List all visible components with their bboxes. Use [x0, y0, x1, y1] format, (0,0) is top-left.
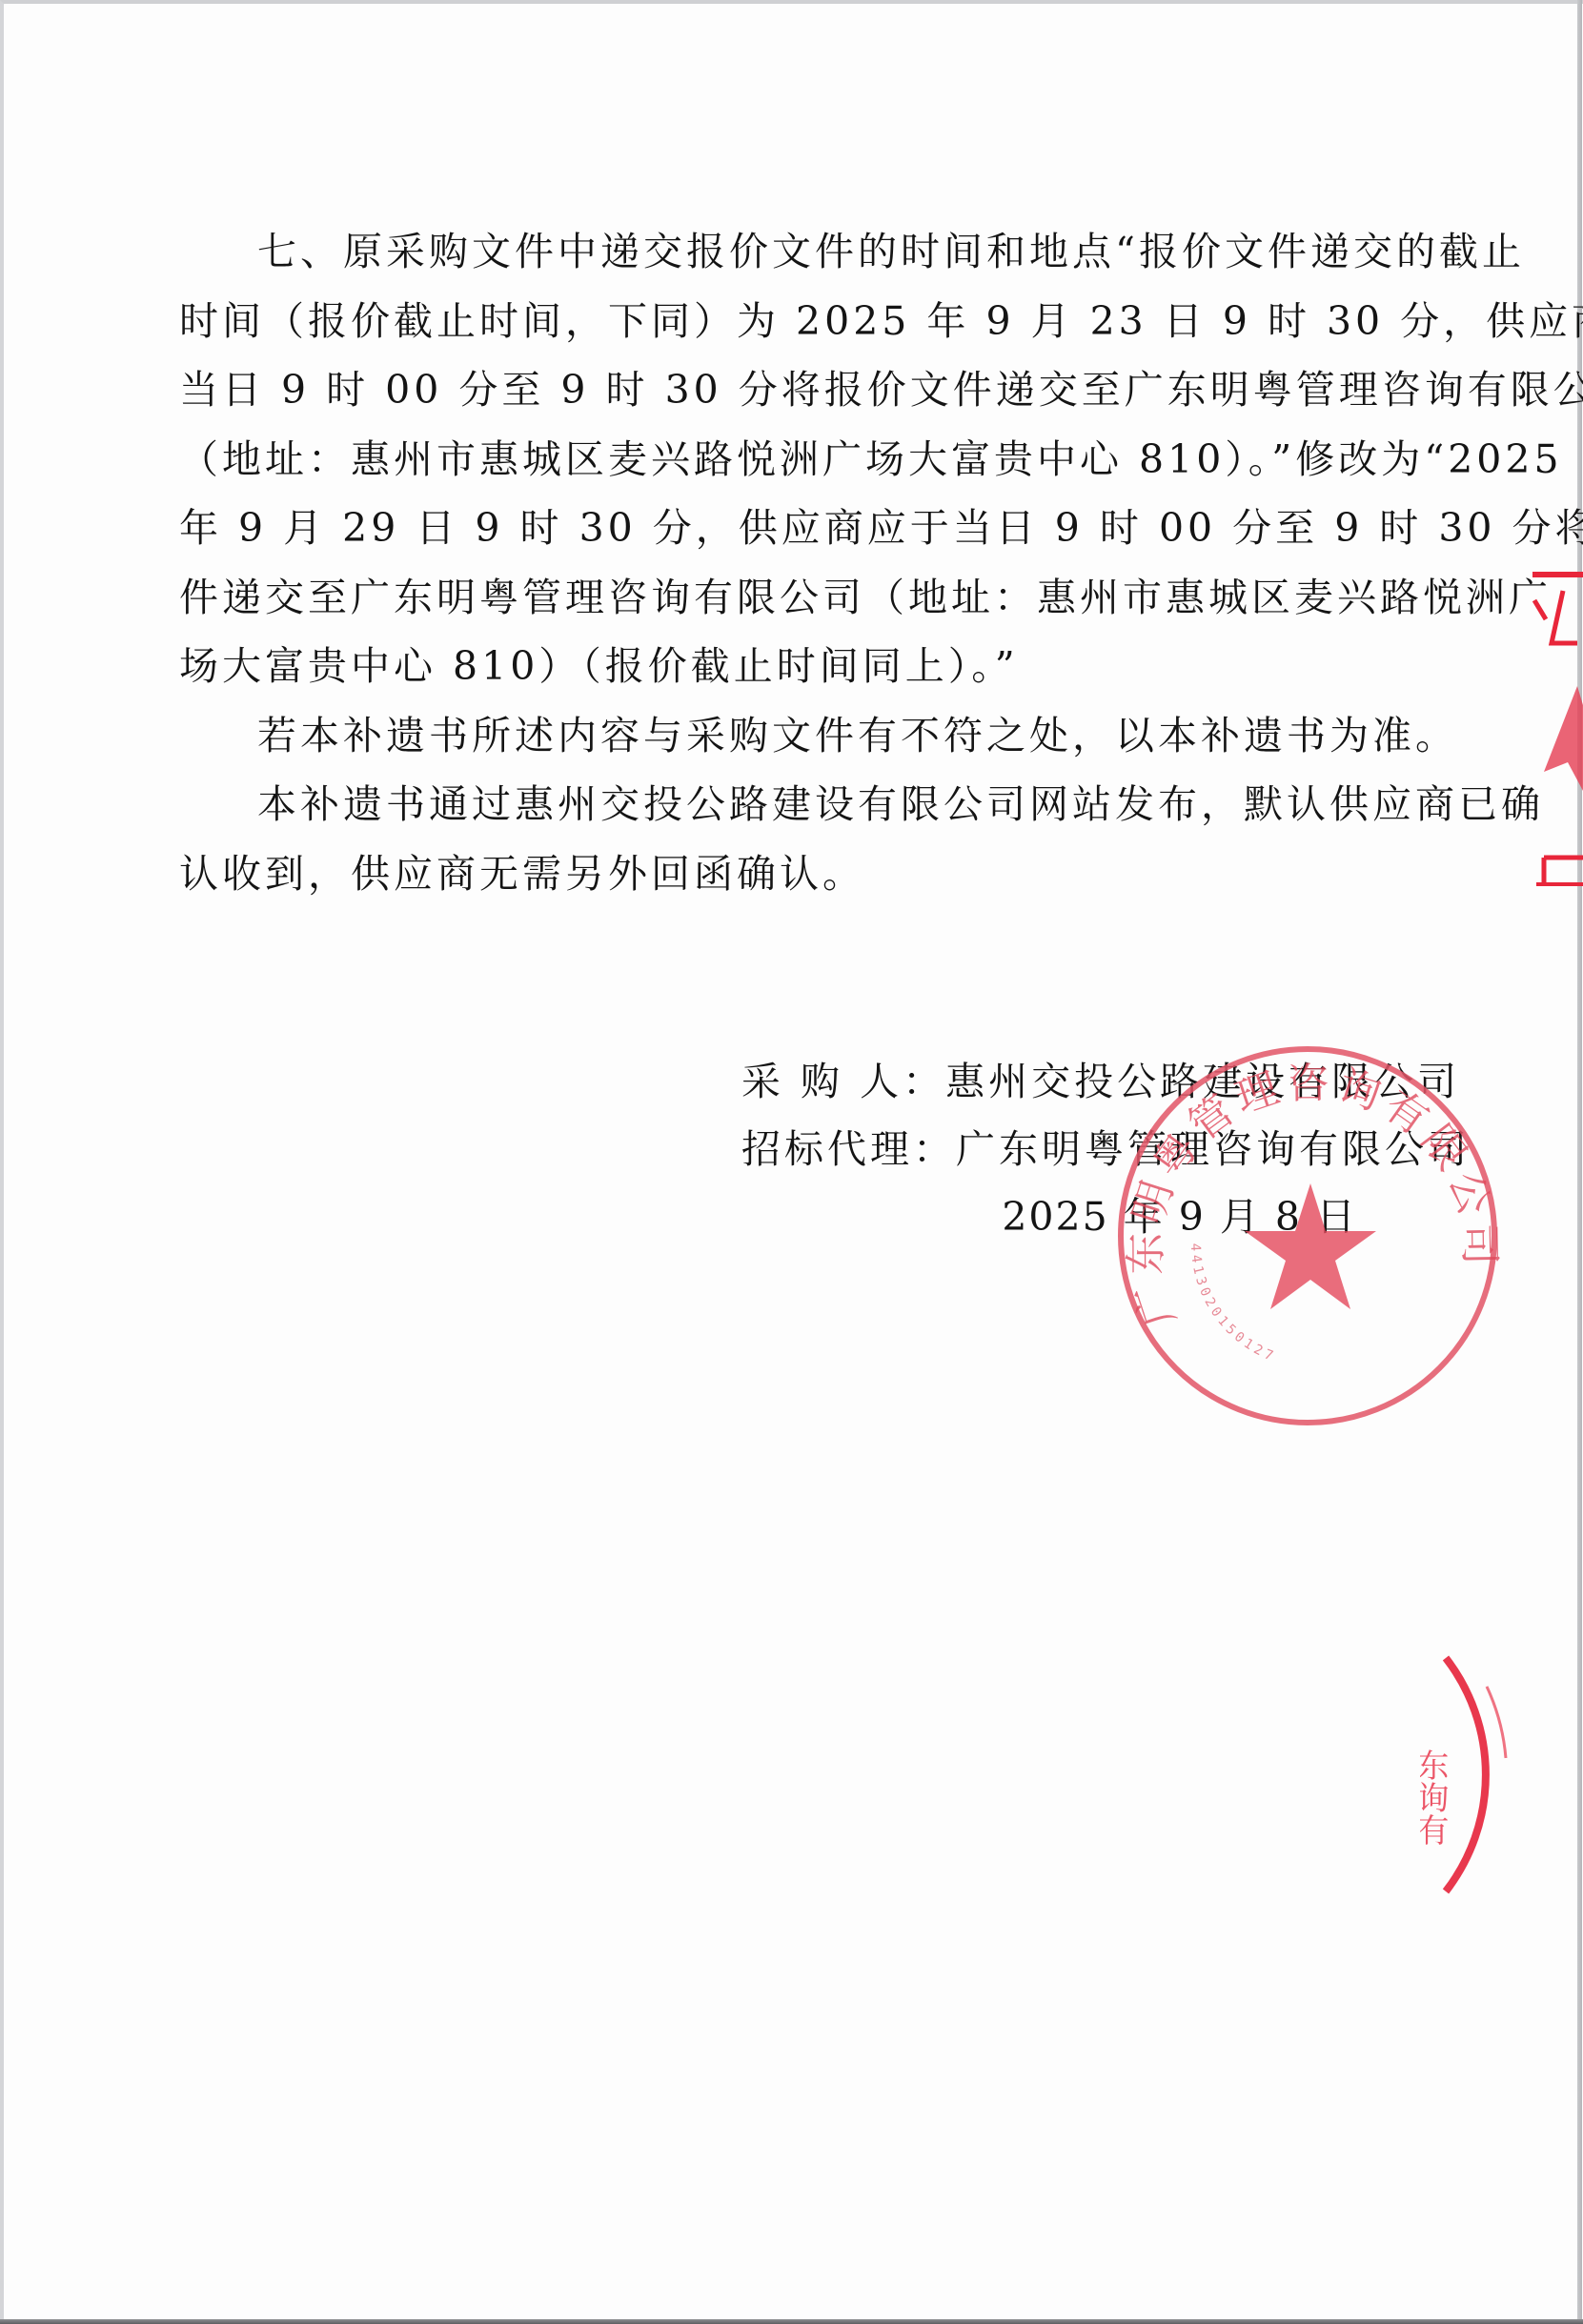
purchaser-label: 采 购 人：	[741, 1059, 945, 1104]
purchaser-line: 采 购 人：惠州交投公路建设有限公司	[741, 1048, 1370, 1116]
text-line: 场大富贵中心 810）（报价截止时间同上）。”	[179, 632, 1370, 701]
text-line: 本补遗书通过惠州交投公路建设有限公司网站发布，默认供应商已确	[179, 770, 1370, 839]
paragraph-publication: 本补遗书通过惠州交投公路建设有限公司网站发布，默认供应商已确 认收到，供应商无需…	[179, 770, 1370, 908]
signature-block: 采 购 人：惠州交投公路建设有限公司 招标代理：广东明粤管理咨询有限公司 202…	[741, 1048, 1370, 1251]
agent-label: 招标代理：	[741, 1126, 956, 1172]
text-line: 若本补遗书所述内容与采购文件有不符之处，以本补遗书为准。	[179, 701, 1370, 771]
paragraph-precedence: 若本补遗书所述内容与采购文件有不符之处，以本补遗书为准。	[179, 701, 1370, 771]
text-line: 件递交至广东明粤管理咨询有限公司（地址：惠州市惠城区麦兴路悦洲广	[179, 563, 1370, 633]
agent-name: 广东明粤管理咨询有限公司	[956, 1126, 1471, 1172]
page-bottom-edge	[0, 2319, 1583, 2324]
paragraph-item-7: 七、原采购文件中递交报价文件的时间和地点“报价文件递交的截止 时间（报价截止时间…	[179, 217, 1370, 701]
text-line: 时间（报价截止时间，下同）为 2025 年 9 月 23 日 9 时 30 分，…	[179, 287, 1370, 356]
document-body: 七、原采购文件中递交报价文件的时间和地点“报价文件递交的截止 时间（报价截止时间…	[179, 217, 1370, 908]
text-line: （地址：惠州市惠城区麦兴路悦洲广场大富贵中心 810）。”修改为“2025	[179, 425, 1370, 495]
text-line: 认收到，供应商无需另外回函确认。	[179, 839, 1370, 909]
purchaser-name: 惠州交投公路建设有限公司	[945, 1059, 1460, 1104]
text-line: 当日 9 时 00 分至 9 时 30 分将报价文件递交至广东明粤管理咨询有限公…	[179, 355, 1370, 425]
text-line: 七、原采购文件中递交报价文件的时间和地点“报价文件递交的截止	[179, 217, 1370, 287]
text-line: 年 9 月 29 日 9 时 30 分，供应商应于当日 9 时 00 分至 9 …	[179, 494, 1370, 563]
page-right-edge	[1577, 0, 1582, 2324]
agent-line: 招标代理：广东明粤管理咨询有限公司	[741, 1116, 1370, 1183]
signature-date: 2025 年 9 月 8 日	[741, 1183, 1370, 1251]
